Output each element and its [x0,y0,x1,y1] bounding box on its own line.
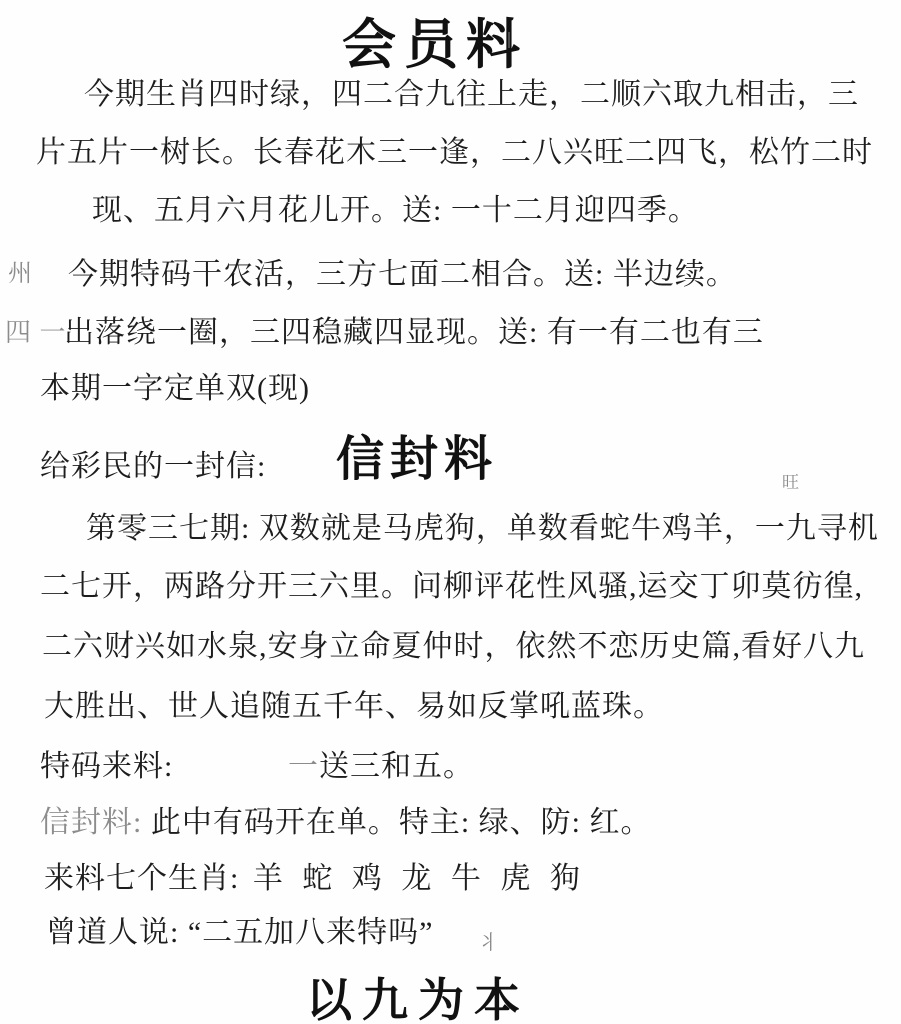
scan-artifact-tick [508,32,510,48]
envelope-line-2: 二七开，两路分开三六里。问柳评花性风骚,运交丁卯莫彷徨, [40,572,863,602]
envelope-line-1: 第零三七期: 双数就是马虎狗，单数看蛇牛鸡羊，一九寻机 [86,514,879,544]
zodiac-tip-label: 来料七个生肖: [44,862,239,895]
smudged-margin-character: 四 一 [5,320,67,346]
scan-artifact-mark: 丬 [478,926,498,955]
member-section-title: 会员料 [342,2,528,79]
zeng-daoren-quote-row: 曾道人说: “二五加八来特吗” [46,918,433,948]
member-line-2: 片五片一树长。长春花木三一逢，二八兴旺二四飞，松竹二时 [36,138,873,168]
member-line-5: 出落绕一圈，三四稳藏四显现。送: 有一有二也有三 [64,318,764,348]
footer-motto-title: 以九为本 [306,964,530,1024]
smudged-dash-mark: 一 [288,750,319,783]
member-line-3: 现、五月六月花儿开。送: 一十二月迎四季。 [92,196,699,226]
zodiac-tip-value: 羊 蛇 鸡 龙 牛 虎 狗 [239,862,586,895]
special-code-tip-value-row: 一送三和五。 [288,752,474,782]
envelope-line-4: 大胜出、世人追随五千年、易如反掌吼蓝珠。 [44,692,664,722]
envelope-tip-value: 此中有码开在单。特主: 绿、防: 红。 [142,806,651,839]
zeng-daoren-quote: “二五加八来特吗” [179,916,433,949]
special-code-tip-row: 特码来料: [40,752,173,782]
member-line-6: 本期一字定单双(现) [40,374,310,404]
special-code-tip-value: 送三和五。 [319,750,474,783]
letter-to-punters-label: 给彩民的一封信: [40,452,266,482]
zeng-daoren-label: 曾道人说: [46,916,179,949]
envelope-section-title: 信封料 [336,420,498,489]
special-code-tip-label: 特码来料: [40,750,173,783]
member-line-1: 今期生肖四时绿，四二合九往上走，二顺六取九相击，三 [84,80,859,110]
zodiac-tip-row: 来料七个生肖: 羊 蛇 鸡 龙 牛 虎 狗 [44,864,586,894]
envelope-tip-row: 信封料: 此中有码开在单。特主: 绿、防: 红。 [40,808,652,838]
member-line-4: 今期特码干农活，三方七面二相合。送: 半边续。 [68,260,737,290]
scanned-lottery-tips-sheet: 会员料 今期生肖四时绿，四二合九往上走，二顺六取九相击，三 片五片一树长。长春花… [0,0,901,1024]
scan-artifact-mark: 旺 [782,468,799,493]
envelope-line-3: 二六财兴如水泉,安身立命夏仲时，依然不恋历史篇,看好八九 [42,632,865,662]
smudged-margin-character: 州 [8,262,33,286]
envelope-tip-label: 信封料: [40,806,142,839]
